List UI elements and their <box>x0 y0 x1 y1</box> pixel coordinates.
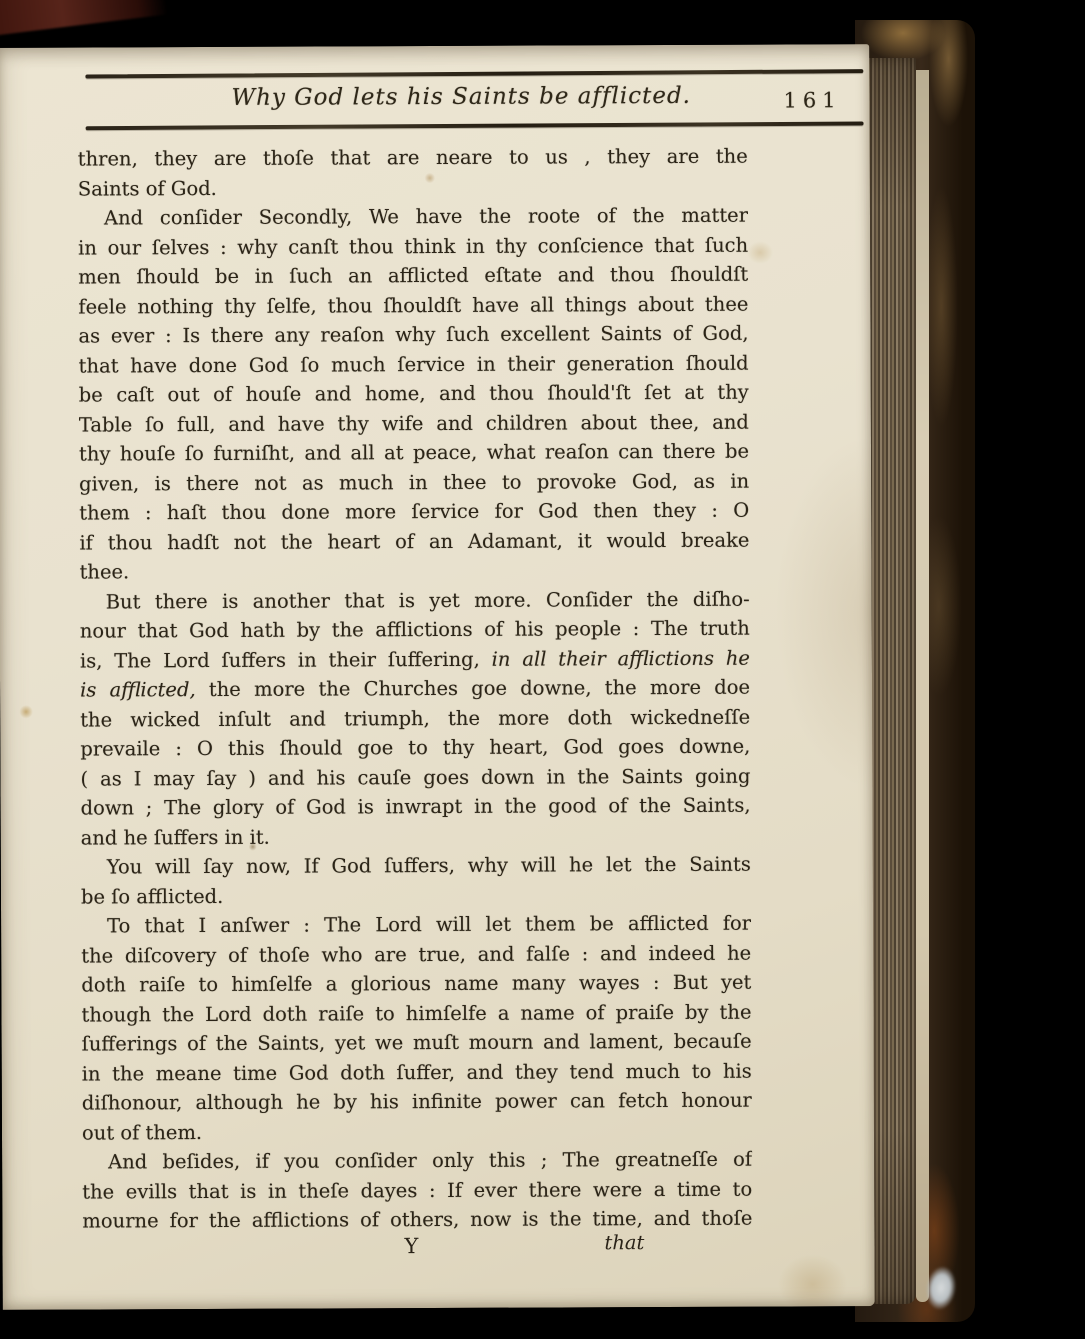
text-line: doth raiſe to himſelfe a glorious name m… <box>81 968 751 1000</box>
text-line: the evills that is in theſe dayes : If e… <box>82 1174 752 1206</box>
text-line: the diſcovery of thoſe who are true, and… <box>81 938 751 970</box>
text-line: be caſt out of houſe and home, and thou … <box>79 378 749 410</box>
text-line: ( as I may ſay ) and his cauſe goes down… <box>80 761 750 793</box>
text-line: is, The Lord ſuffers in their ſuffering,… <box>80 643 750 675</box>
text-line: thy houſe ſo furniſht, and all at peace,… <box>79 437 749 469</box>
text-line: diſhonour, although he by his infinite p… <box>82 1086 752 1118</box>
text-line: And conſider Secondly, We have the roote… <box>78 201 748 233</box>
text-line: men ſhould be in ſuch an afflicted eſtat… <box>78 260 748 292</box>
text-line: ſufferings of the Saints, yet we muſt mo… <box>82 1027 752 1059</box>
text-line: given, is there not as much in thee to p… <box>79 466 749 498</box>
photo-background: Why God lets his Saints be afflicted. 16… <box>0 0 1085 1339</box>
text-line: is afflicted, the more the Churches goe … <box>80 673 750 705</box>
text-line: And beſides, if you conſider only this ;… <box>82 1145 752 1177</box>
text-line: that have done God ſo much ſervice in th… <box>79 348 749 380</box>
text-line: if thou hadſt not the heart of an Adaman… <box>79 525 749 557</box>
text-line: and he ſuffers in it. <box>81 820 751 852</box>
text-line: To that I anſwer : The Lord will let the… <box>81 909 751 941</box>
text-line: though the Lord doth raiſe to himſelfe a… <box>81 997 751 1029</box>
footer-row: Y that <box>82 1231 752 1266</box>
page-number: 161 <box>783 88 841 112</box>
binding-corner-topleft <box>0 0 168 37</box>
signature-mark: Y <box>404 1234 418 1258</box>
text-line: out of them. <box>82 1115 752 1147</box>
header-rule-top <box>85 69 863 78</box>
text-line: prevaile : O this ſhould goe to thy hear… <box>80 732 750 764</box>
fore-edge-inner-strip <box>916 70 929 1302</box>
text-line: in our ſelves : why canſt thou think in … <box>78 230 748 262</box>
text-line: them : haſt thou done more ſervice for G… <box>79 496 749 528</box>
text-line: You will ſay now, If God ſuffers, why wi… <box>81 850 751 882</box>
text-line: be ſo afflicted. <box>81 879 751 911</box>
text-line: Saints of God. <box>78 171 748 203</box>
text-line: as ever : Is there any reaſon why ſuch e… <box>78 319 748 351</box>
text-line: thren, they are thoſe that are neare to … <box>78 142 748 174</box>
text-line: in the meane time God doth ſuffer, and t… <box>82 1056 752 1088</box>
text-line: down ; The glory of God is inwrapt in th… <box>81 791 751 823</box>
catchword: that <box>604 1231 644 1254</box>
header-rule-bottom <box>86 121 864 130</box>
text-line: Table ſo full, and have thy wife and chi… <box>79 407 749 439</box>
text-line: But there is another that is yet more. C… <box>80 584 750 616</box>
book-page-scan: Why God lets his Saints be afflicted. 16… <box>0 44 875 1310</box>
text-line: the wicked inſult and triumph, the more … <box>80 702 750 734</box>
text-block: thren, they are thoſe that are neare to … <box>78 142 753 1236</box>
text-line: nour that God hath by the afflictions of… <box>80 614 750 646</box>
text-line: thee. <box>79 555 749 587</box>
running-title: Why God lets his Saints be afflicted. <box>231 83 691 111</box>
text-line: feele nothing thy ſelfe, thou ſhouldſt h… <box>78 289 748 321</box>
